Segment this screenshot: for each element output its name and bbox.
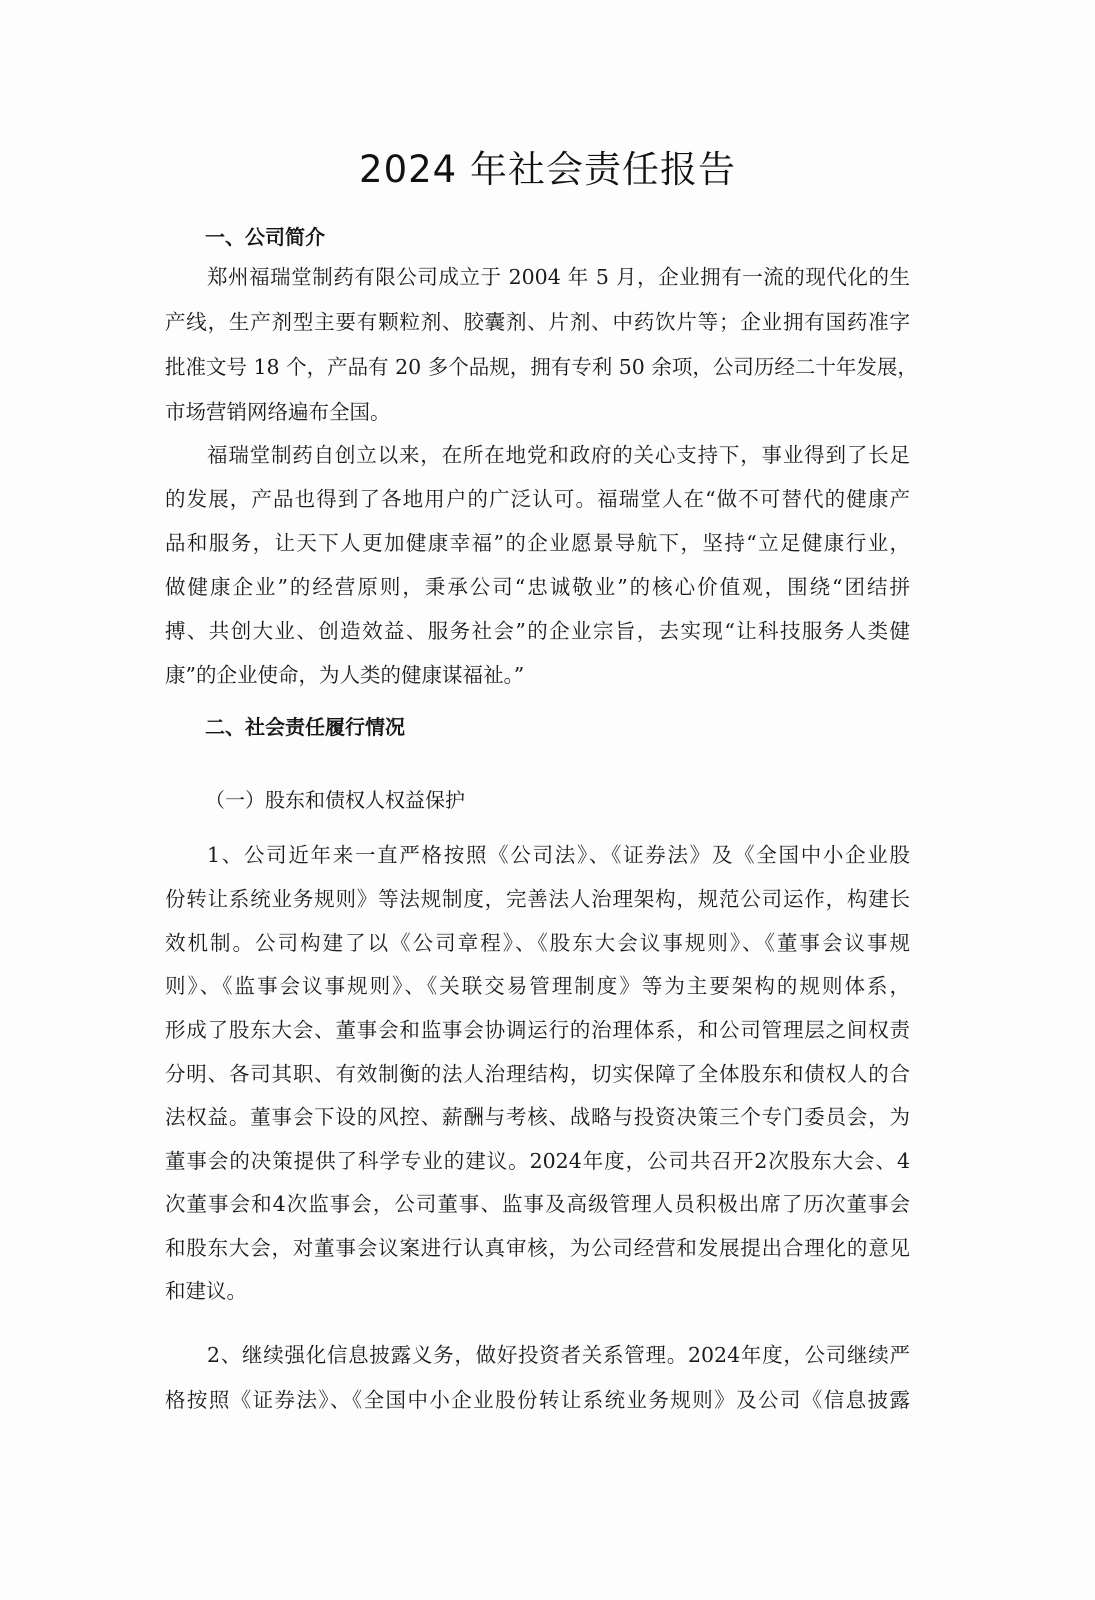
document-page: 2024 年社会责任报告 一、公司简介 郑州福瑞堂制药有限公司成立于 2004 … [0,0,1095,1600]
paragraph-line: 形成了股东大会、董事会和监事会协调运行的治理体系，和公司管理层之间权责 [165,1015,910,1045]
paragraph-line: 效机制。公司构建了以《公司章程》、《股东大会议事规则》、《董事会议事规 [165,928,910,958]
document-title: 2024 年社会责任报告 [0,145,1095,195]
paragraph-line: 分明、各司其职、有效制衡的法人治理结构，切实保障了全体股东和债权人的合 [165,1059,910,1089]
section-heading-company-profile: 一、公司简介 [205,222,325,252]
paragraph-line: 批准文号 18 个，产品有 20 多个品规，拥有专利 50 余项，公司历经二十年… [165,352,910,382]
paragraph-line: 福瑞堂制药自创立以来，在所在地党和政府的关心支持下，事业得到了长足 [207,440,910,470]
paragraph-line: 品和服务，让天下人更加健康幸福”的企业愿景导航下，坚持“立足健康行业， [165,528,910,558]
paragraph-line: 则》、《监事会议事规则》、《关联交易管理制度》等为主要架构的规则体系， [165,971,910,1001]
paragraph-line: 和建议。 [165,1276,910,1306]
paragraph-line: 做健康企业”的经营原则，秉承公司“忠诚敬业”的核心价值观，围绕“团结拼 [165,572,910,602]
paragraph-line: 市场营销网络遍布全国。 [165,397,910,427]
paragraph-line: 格按照《证券法》、《全国中小企业股份转让系统业务规则》及公司《信息披露 [165,1385,910,1415]
paragraph-line: 搏、共创大业、创造效益、服务社会”的企业宗旨，去实现“让科技服务人类健 [165,616,910,646]
paragraph-line: 2、继续强化信息披露义务，做好投资者关系管理。2024年度，公司继续严 [207,1340,910,1370]
subsection-heading-shareholder-rights: （一）股东和债权人权益保护 [205,785,465,815]
paragraph-line: 的发展，产品也得到了各地用户的广泛认可。福瑞堂人在“做不可替代的健康产 [165,484,910,514]
paragraph-line: 康”的企业使命，为人类的健康谋福祉。” [165,660,910,690]
paragraph-line: 和股东大会，对董事会议案进行认真审核，为公司经营和发展提出合理化的意见 [165,1233,910,1263]
paragraph-line: 法权益。董事会下设的风控、薪酬与考核、战略与投资决策三个专门委员会，为 [165,1102,910,1132]
paragraph-line: 郑州福瑞堂制药有限公司成立于 2004 年 5 月，企业拥有一流的现代化的生 [207,262,910,292]
section-heading-social-responsibility: 二、社会责任履行情况 [205,712,405,742]
paragraph-line: 董事会的决策提供了科学专业的建议。2024年度，公司共召开2次股东大会、4 [165,1146,910,1176]
paragraph-line: 次董事会和4次监事会，公司董事、监事及高级管理人员积极出席了历次董事会 [165,1189,910,1219]
paragraph-line: 产线，生产剂型主要有颗粒剂、胶囊剂、片剂、中药饮片等；企业拥有国药准字 [165,307,910,337]
paragraph-line: 1、公司近年来一直严格按照《公司法》、《证券法》及《全国中小企业股 [207,840,910,870]
paragraph-line: 份转让系统业务规则》等法规制度，完善法人治理架构，规范公司运作，构建长 [165,884,910,914]
